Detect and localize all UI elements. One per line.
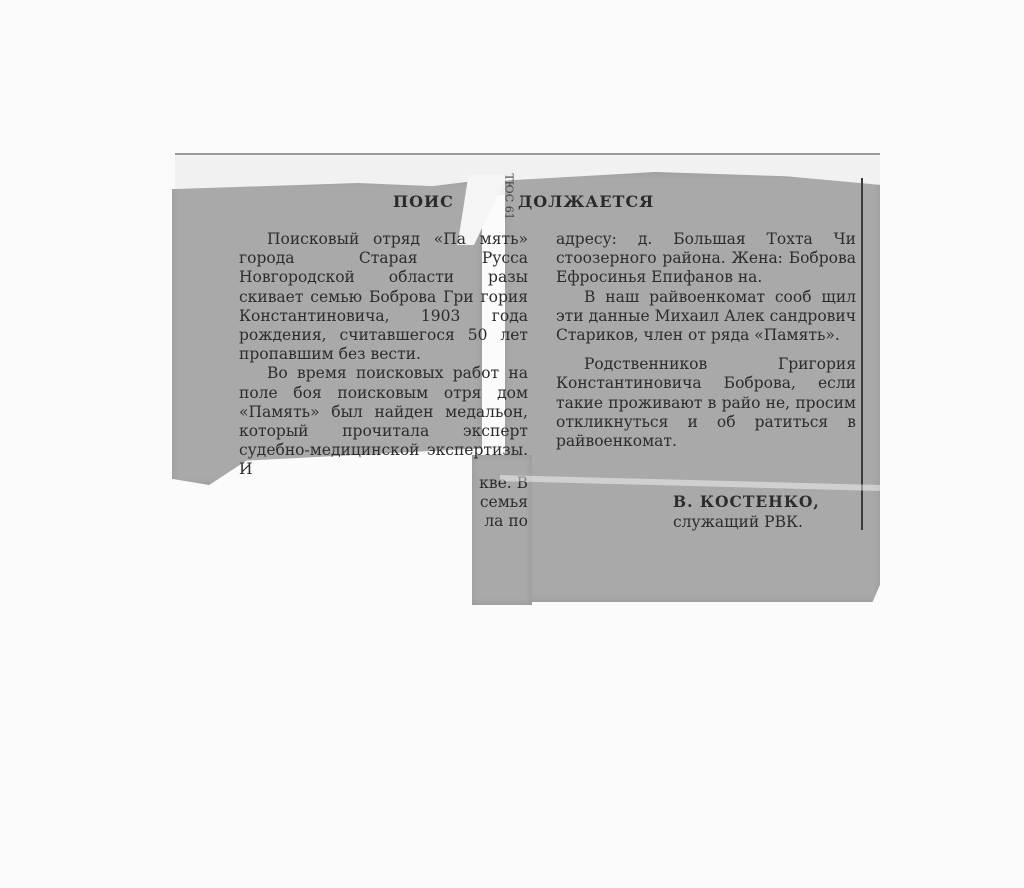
headline-right: ДОЛЖАЕТСЯ bbox=[518, 192, 654, 211]
paragraph: В наш райвоенкомат сооб щил эти данные М… bbox=[556, 288, 856, 346]
column-rule bbox=[861, 178, 863, 530]
torn-bottom-edge bbox=[240, 472, 472, 532]
article-right-column: адресу: д. Большая Тохта Чи стоозерного … bbox=[556, 230, 856, 451]
article-left-column: Поисковый отряд «Па мять» города Старая … bbox=[239, 230, 528, 480]
paragraph: адресу: д. Большая Тохта Чи стоозерного … bbox=[556, 230, 856, 288]
paragraph: Поисковый отряд «Па мять» города Старая … bbox=[239, 230, 528, 364]
fragment-line: ла по bbox=[470, 512, 528, 531]
signature-title: служащий РВК. bbox=[673, 513, 803, 531]
paragraph: Во время поисковых работ на поле боя пои… bbox=[239, 364, 528, 479]
signature: В. КОСТЕНКО, служащий РВК. bbox=[673, 492, 820, 532]
signature-name: В. КОСТЕНКО, bbox=[673, 492, 820, 511]
headline-left: ПОИС bbox=[393, 192, 454, 211]
fragment-line: семья bbox=[470, 493, 528, 512]
paragraph: Родственников Григория Константиновича Б… bbox=[556, 355, 856, 451]
article-fragment: кве. В семья ла по bbox=[470, 474, 528, 532]
library-stamp: ТЮС 61 bbox=[503, 173, 516, 219]
